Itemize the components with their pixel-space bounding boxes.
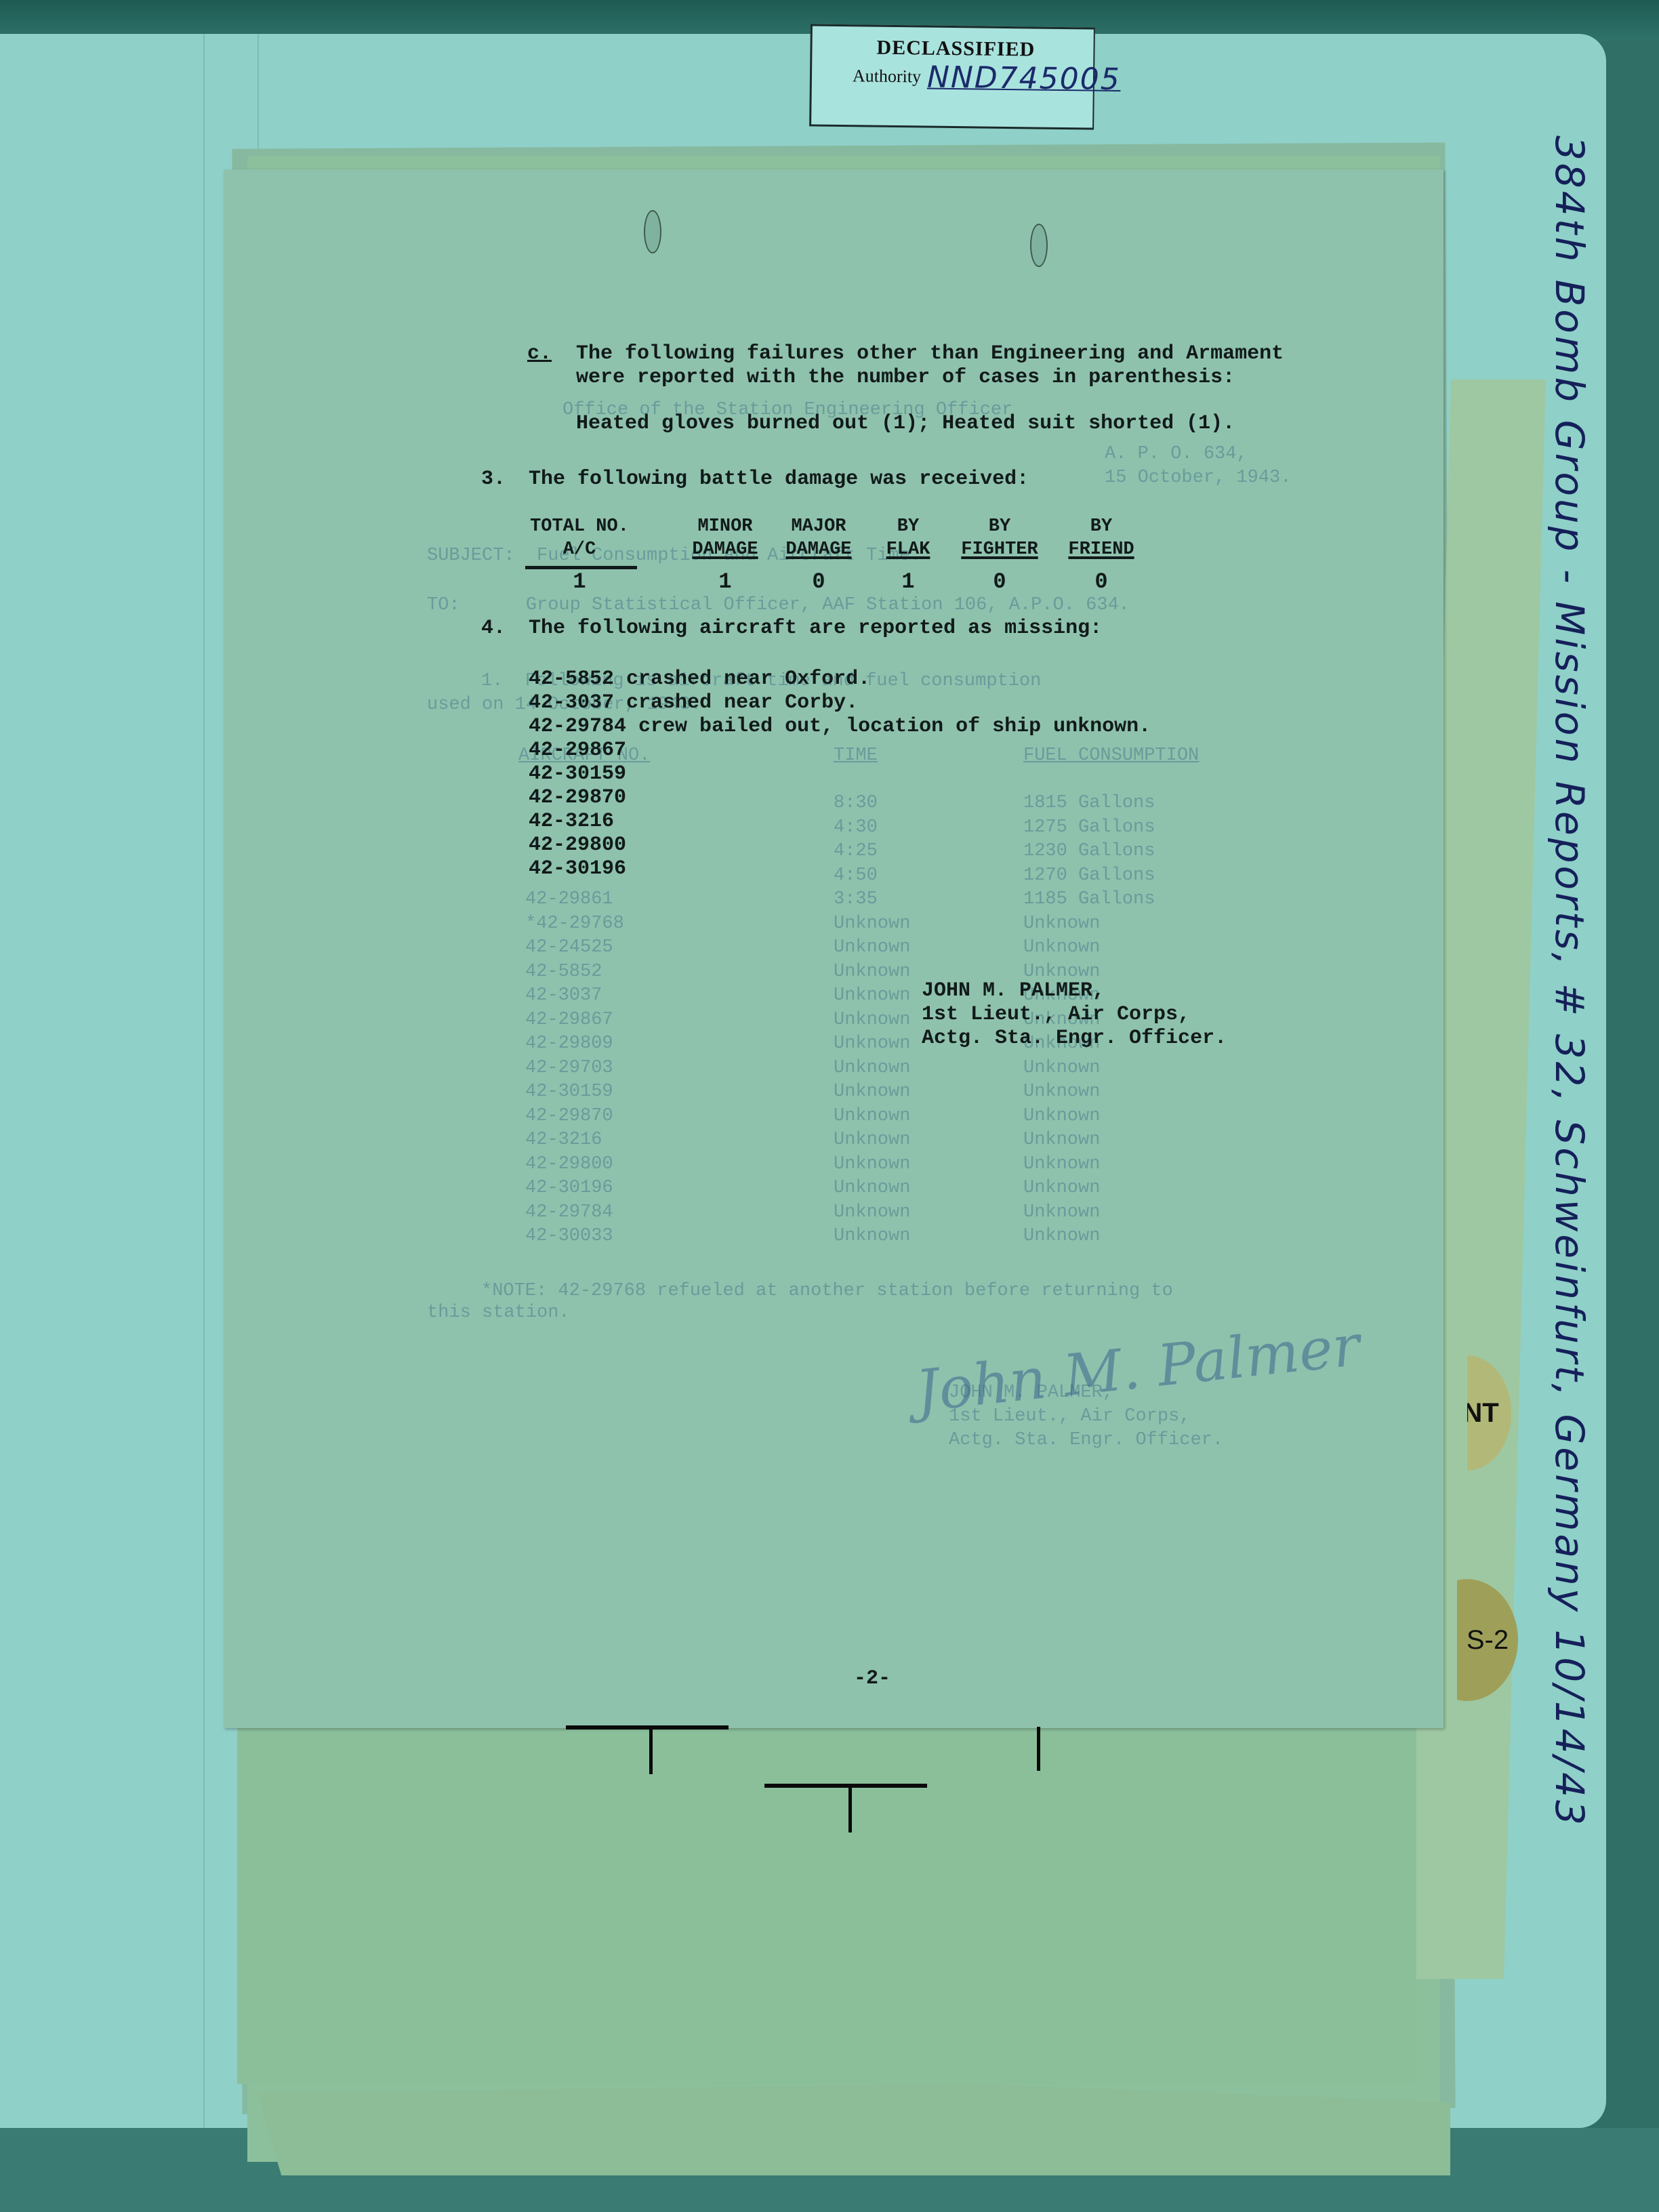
missing-aircraft-item: 42-29800: [529, 834, 626, 857]
show-through-cell: 42-5852: [525, 962, 602, 982]
show-through-cell: 4:25: [834, 841, 878, 861]
show-through-cell: 42-29809: [525, 1033, 613, 1054]
aircraft-note: crashed near Oxford.: [626, 668, 870, 691]
paper-bottom-edge: [258, 2084, 1450, 2175]
section-c-detail: Heated gloves burned out (1); Heated sui…: [576, 412, 1235, 435]
show-through-cell: Unknown: [1023, 1226, 1100, 1246]
section-4-marker: 4.: [481, 617, 506, 640]
fastener-mark: [848, 1785, 852, 1832]
folder-crease: [203, 34, 205, 2128]
show-through-date: 15 October, 1943.: [1105, 468, 1291, 488]
col-total-aircraft: TOTAL NO. A/C: [522, 515, 637, 561]
show-through-col-fuel: FUEL CONSUMPTION: [1023, 745, 1199, 766]
show-through-cell: 42-29870: [525, 1106, 613, 1126]
aircraft-note: crashed near Corby.: [626, 691, 858, 714]
show-through-cell: Unknown: [1023, 1154, 1100, 1174]
show-through-cell: Unknown: [1023, 1106, 1100, 1126]
show-through-cell: Unknown: [1023, 1082, 1100, 1102]
show-through-cell: Unknown: [1023, 914, 1100, 934]
show-through-cell: 1270 Gallons: [1023, 865, 1155, 886]
show-through-cell: 1815 Gallons: [1023, 793, 1155, 813]
missing-aircraft-item: 42-29784 crew bailed out, location of sh…: [529, 715, 1151, 738]
show-through-cell: 4:50: [834, 865, 878, 886]
missing-aircraft-item: 42-30196: [529, 857, 626, 880]
declassified-stamp: DECLASSIFIED Authority NND745005: [809, 24, 1095, 129]
show-through-cell: Unknown: [834, 962, 910, 982]
show-through-cell: Unknown: [834, 937, 910, 958]
show-through-cell: 4:30: [834, 817, 878, 838]
aircraft-serial: 42-29800: [529, 834, 626, 857]
value-total-aircraft: 1: [522, 569, 637, 594]
missing-aircraft-item: 42-5852 crashed near Oxford.: [529, 668, 870, 691]
show-through-cell: Unknown: [834, 1202, 910, 1223]
fastener-mark: [566, 1725, 729, 1729]
show-through-cell: Unknown: [1023, 937, 1100, 958]
document-page: Office of the Station Engineering Office…: [224, 169, 1443, 1728]
aircraft-note: crew bailed out, location of ship unknow…: [638, 715, 1151, 738]
aircraft-serial: 42-30196: [529, 857, 626, 880]
stamp-authority-label: Authority: [853, 66, 921, 87]
value-minor-damage: 1: [684, 569, 766, 594]
show-through-cell: 1185 Gallons: [1023, 889, 1155, 909]
show-through-cell: 42-29867: [525, 1010, 613, 1030]
aircraft-serial: 42-29784: [529, 715, 626, 738]
show-through-cell: Unknown: [1023, 962, 1100, 982]
show-through-cell: 42-24525: [525, 937, 613, 958]
handwritten-folder-label: 384th Bomb Group - Mission Reports, # 32…: [1547, 136, 1593, 1828]
punch-hole: [644, 210, 661, 253]
show-through-note2: this station.: [427, 1303, 570, 1323]
show-through-cell: Unknown: [834, 1106, 910, 1126]
missing-aircraft-item: 42-3037 crashed near Corby.: [529, 691, 858, 714]
section-3-marker: 3.: [481, 468, 506, 491]
show-through-cell: 3:35: [834, 889, 878, 909]
signature-title: Actg. Sta. Engr. Officer.: [922, 1027, 1227, 1050]
show-through-cell: 42-3216: [525, 1130, 602, 1150]
show-through-cell: 42-30033: [525, 1226, 613, 1246]
col-by-fighter: BY FIGHTER: [956, 515, 1044, 561]
aircraft-serial: 42-3037: [529, 691, 614, 714]
punch-hole: [1030, 224, 1048, 267]
show-through-cell: Unknown: [834, 1058, 910, 1078]
show-through-cell: 8:30: [834, 793, 878, 813]
show-through-cell: 42-3037: [525, 985, 602, 1006]
show-through-cell: 42-29861: [525, 889, 613, 909]
show-through-cell: Unknown: [834, 1130, 910, 1150]
page-number: -2-: [854, 1667, 890, 1690]
value-by-friend: 0: [1061, 569, 1142, 594]
col-by-friend: BY FRIEND: [1061, 515, 1142, 561]
signature-rank: 1st Lieut., Air Corps,: [922, 1003, 1190, 1026]
show-through-cell: Unknown: [834, 1154, 910, 1174]
section-c-marker: c.: [527, 342, 552, 365]
show-through-cell: Unknown: [834, 1082, 910, 1102]
show-through-to: TO: Group Statistical Officer, AAF Stati…: [427, 595, 1130, 615]
show-through-cell: 42-30196: [525, 1178, 613, 1198]
section-4-text: The following aircraft are reported as m…: [529, 617, 1102, 640]
col-minor-damage: MINOR DAMAGE: [684, 515, 766, 561]
missing-aircraft-item: 42-30159: [529, 762, 626, 785]
aircraft-serial: 42-30159: [529, 762, 626, 785]
missing-aircraft-item: 42-29867: [529, 739, 626, 762]
show-through-cell: Unknown: [1023, 1202, 1100, 1223]
value-by-fighter: 0: [956, 569, 1044, 594]
show-through-cell: 42-29703: [525, 1058, 613, 1078]
show-through-cell: 42-29784: [525, 1202, 613, 1223]
show-through-note: *NOTE: 42-29768 refueled at another stat…: [481, 1281, 1173, 1301]
show-through-cell: Unknown: [834, 1010, 910, 1030]
show-through-col-time: TIME: [834, 745, 878, 766]
show-through-cell: 42-29800: [525, 1154, 613, 1174]
section-3-text: The following battle damage was received…: [529, 468, 1029, 491]
missing-aircraft-item: 42-29870: [529, 786, 626, 809]
show-through-cell: *42-29768: [525, 914, 624, 934]
show-through-cell: Unknown: [834, 1226, 910, 1246]
show-through-cell: 1275 Gallons: [1023, 817, 1155, 838]
aircraft-serial: 42-3216: [529, 810, 614, 833]
show-through-cell: Unknown: [834, 1178, 910, 1198]
show-through-cell: 42-30159: [525, 1082, 613, 1102]
show-through-cell: Unknown: [834, 914, 910, 934]
fastener-mark: [1037, 1727, 1040, 1771]
show-through-cell: Unknown: [1023, 1178, 1100, 1198]
fastener-mark: [649, 1727, 653, 1774]
show-through-cell: 1230 Gallons: [1023, 841, 1155, 861]
stamp-title: DECLASSIFIED: [876, 37, 1035, 62]
value-by-flak: 1: [878, 569, 939, 594]
aircraft-serial: 42-5852: [529, 668, 614, 691]
show-through-cell: Unknown: [834, 985, 910, 1006]
show-through-apo: A. P. O. 634,: [1105, 444, 1248, 464]
show-through-cell: Unknown: [1023, 1130, 1100, 1150]
fastener-mark: [764, 1784, 927, 1788]
signature-name: JOHN M. PALMER,: [922, 979, 1105, 1002]
col-by-flak: BY FLAK: [878, 515, 939, 561]
show-through-cell: Unknown: [834, 1033, 910, 1054]
value-major-damage: 0: [778, 569, 859, 594]
stamp-authority-number: NND745005: [927, 60, 1121, 97]
paper-lower-sheet: [237, 1725, 1416, 2084]
section-c-line1: The following failures other than Engine…: [576, 342, 1284, 365]
tab-label: NT: [1462, 1398, 1498, 1429]
show-through-sig-title: Actg. Sta. Engr. Officer.: [949, 1430, 1223, 1450]
show-through-cell: Unknown: [1023, 1058, 1100, 1078]
aircraft-serial: 42-29867: [529, 739, 626, 762]
aircraft-serial: 42-29870: [529, 786, 626, 809]
tab-label: S-2: [1467, 1625, 1509, 1656]
col-major-damage: MAJOR DAMAGE: [778, 515, 859, 561]
missing-aircraft-item: 42-3216: [529, 810, 614, 833]
section-c-line2: were reported with the number of cases i…: [576, 366, 1235, 389]
